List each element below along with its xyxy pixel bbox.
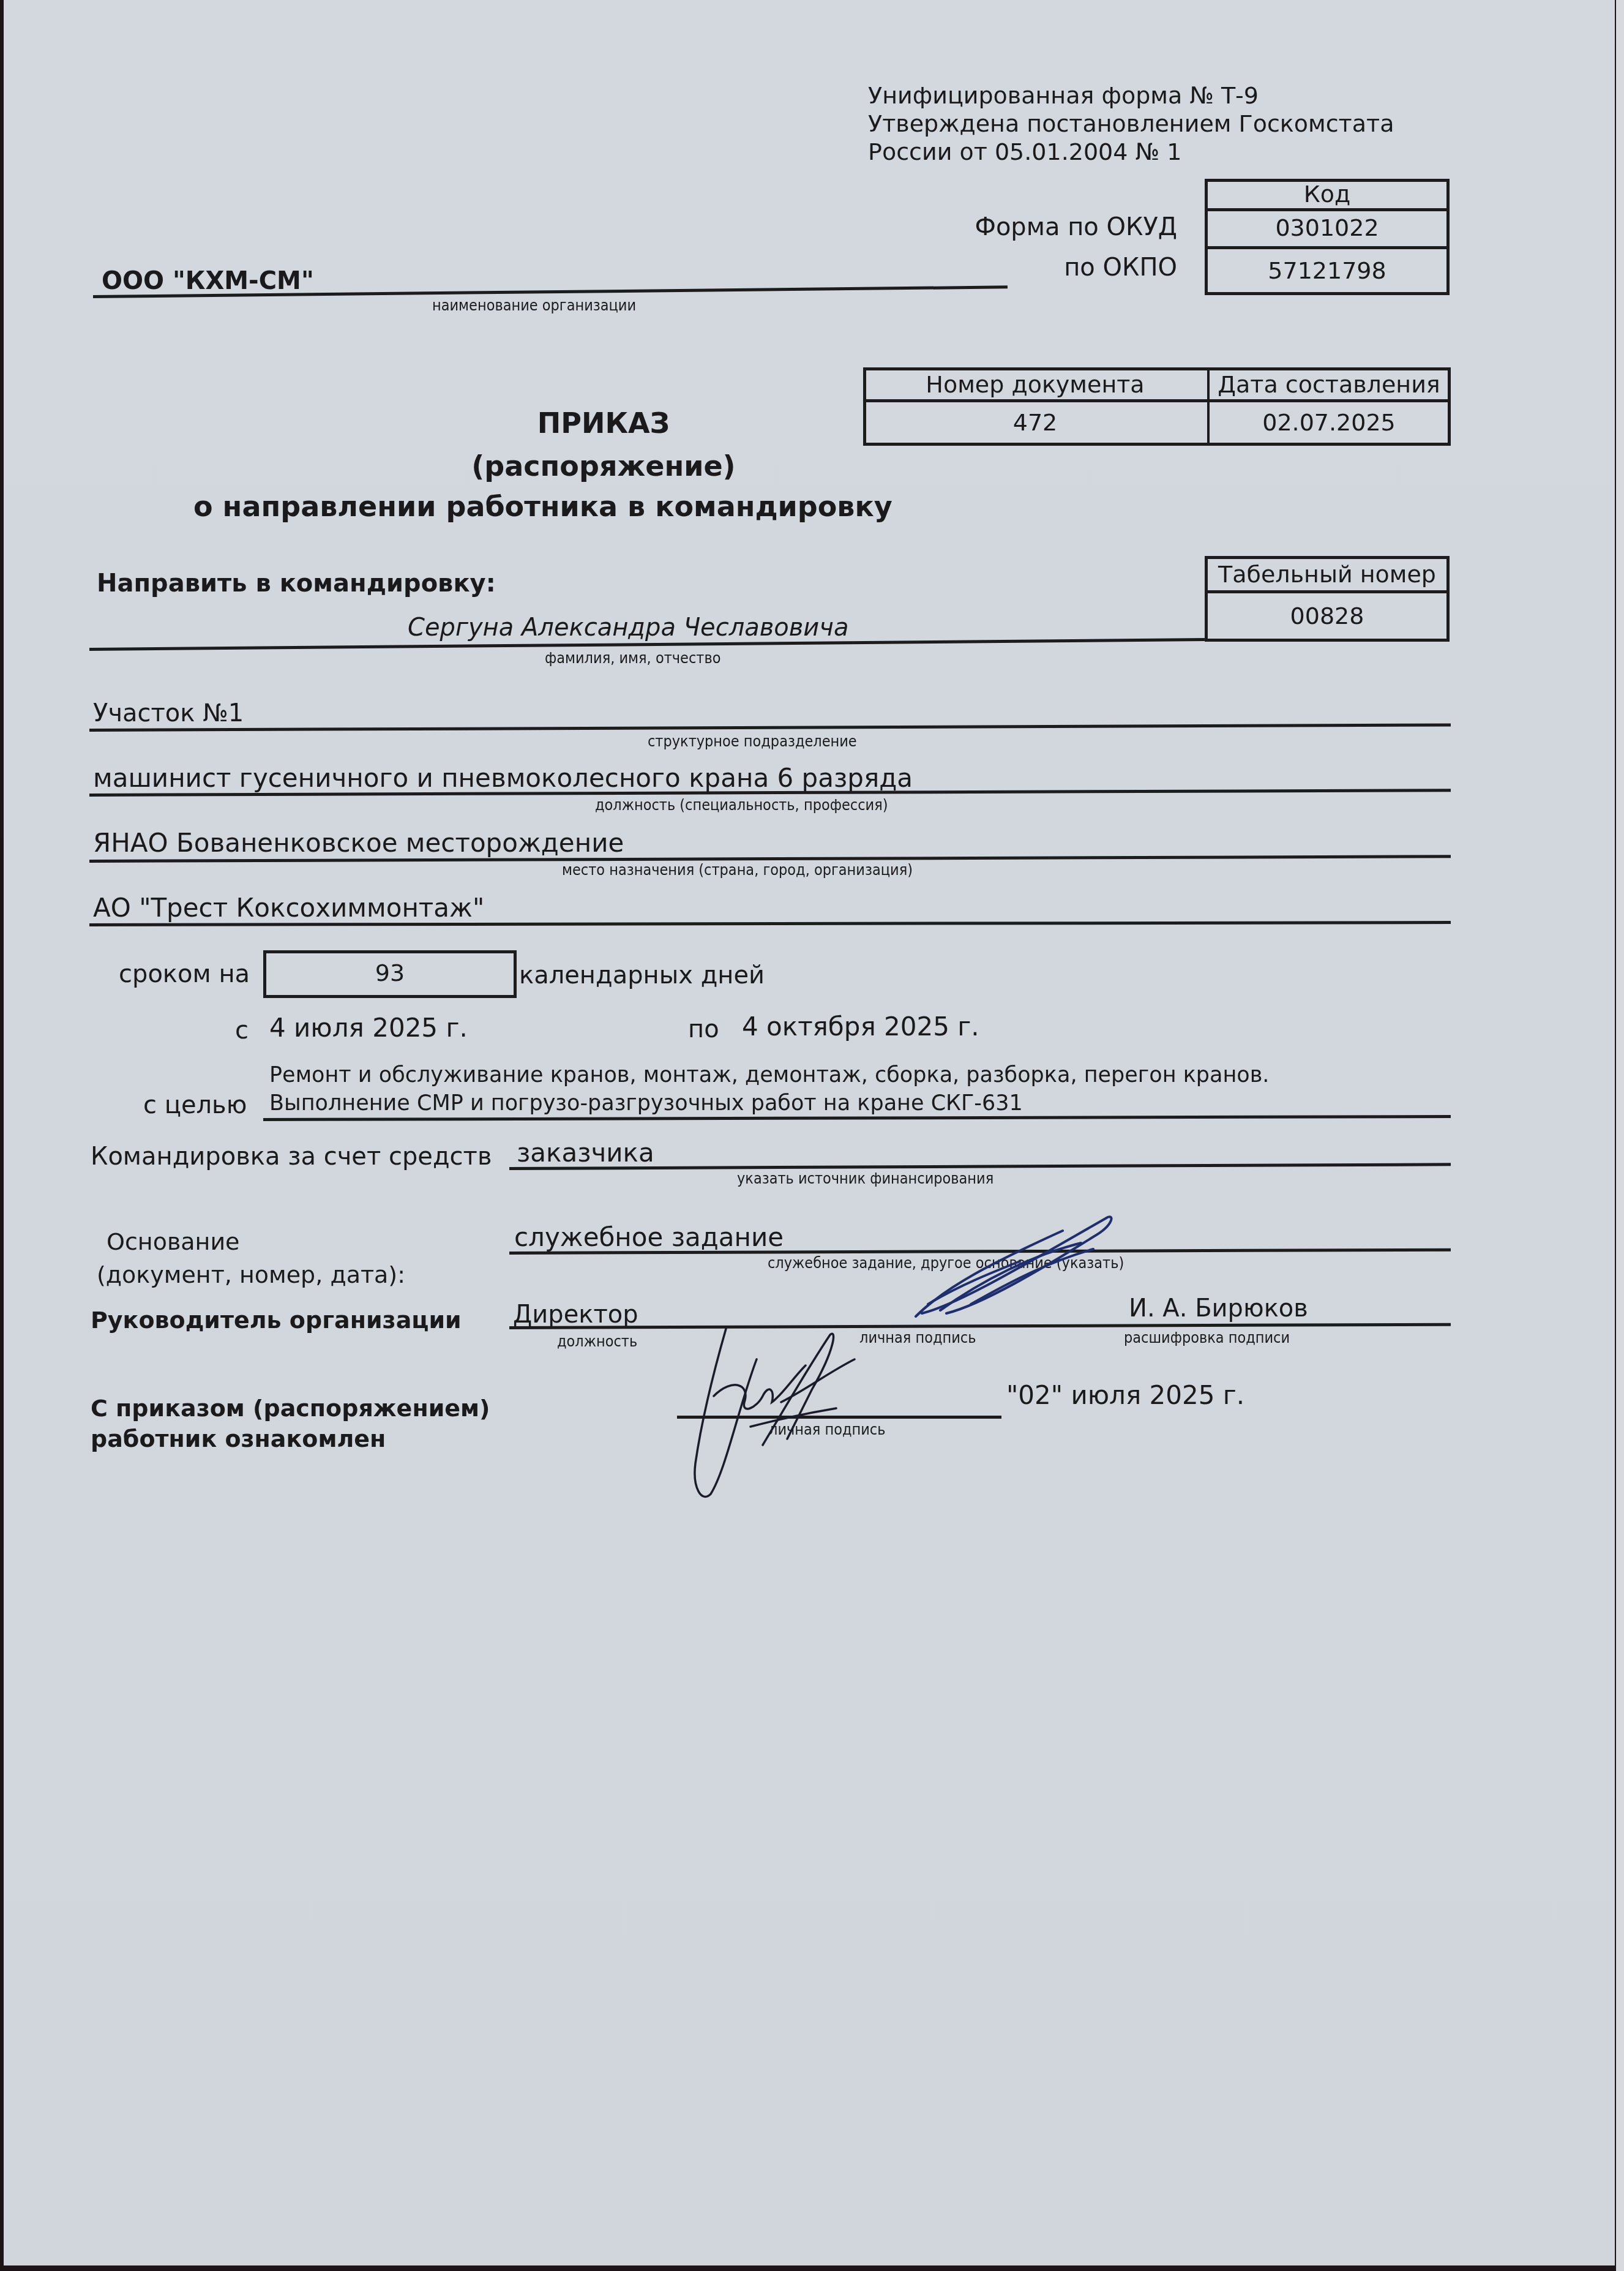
destination-value-line1: ЯНАО Бованенковское месторождение — [93, 828, 624, 858]
form-caption-line3: России от 05.01.2004 № 1 — [868, 138, 1181, 165]
okpo-label: по ОКПО — [1064, 253, 1177, 282]
form-caption-line1: Унифицированная форма № Т-9 — [868, 82, 1259, 109]
head-position: Директор — [513, 1301, 638, 1329]
destination-caption: место назначения (страна, город, организ… — [562, 861, 913, 879]
title-order: ПРИКАЗ — [420, 407, 787, 440]
term-days-suffix: календарных дней — [519, 961, 765, 989]
title-subject: о направлении работника в командировку — [193, 490, 892, 523]
purpose-underline — [263, 1115, 1451, 1121]
ack-label-line2: работник ознакомлен — [91, 1425, 386, 1452]
page-edge — [1616, 0, 1624, 2271]
organization-caption: наименование организации — [432, 296, 636, 314]
organization-name: ООО "КХМ-СМ" — [102, 267, 314, 295]
employee-signature-icon — [689, 1323, 873, 1506]
doc-date-value: 02.07.2025 — [1210, 402, 1448, 443]
position-caption: должность (специальность, профессия) — [595, 796, 888, 814]
basis-value: служебное задание — [514, 1222, 784, 1252]
doc-date-header: Дата составления — [1210, 370, 1448, 399]
head-signature-caption: личная подпись — [859, 1329, 976, 1346]
code-header: Код — [1205, 179, 1450, 209]
position-value: машинист гусеничного и пневмоколесного к… — [93, 763, 913, 793]
basis-label-line1: Основание — [107, 1228, 240, 1255]
head-label: Руководитель организации — [91, 1307, 462, 1334]
ack-date: "02" июля 2025 г. — [1006, 1380, 1244, 1410]
from-label: с — [235, 1016, 249, 1045]
destination-value-line2: АО "Трест Коксохиммонтаж" — [93, 893, 484, 923]
send-label: Направить в командировку: — [97, 569, 496, 598]
document-page: Унифицированная форма № Т-9 Утверждена п… — [4, 0, 1615, 2265]
basis-label-line2: (документ, номер, дата): — [97, 1261, 405, 1288]
head-name: И. А. Бирюков — [1129, 1294, 1308, 1323]
term-label: сроком на — [119, 960, 250, 988]
okud-value: 0301022 — [1205, 209, 1450, 246]
okpo-value: 57121798 — [1205, 249, 1450, 293]
department-underline — [89, 723, 1451, 732]
funding-label: Командировка за счет средств — [91, 1143, 492, 1171]
from-date: 4 июля 2025 г. — [269, 1013, 468, 1043]
okud-label: Форма по ОКУД — [975, 213, 1177, 241]
to-date: 4 октября 2025 г. — [742, 1012, 979, 1042]
purpose-label: с целью — [143, 1091, 247, 1119]
tab-number-value: 00828 — [1205, 593, 1450, 639]
to-label: по — [688, 1015, 719, 1043]
full-name-caption: фамилия, имя, отчество — [545, 649, 720, 667]
ack-label-line1: С приказом (распоряжением) — [91, 1395, 490, 1422]
funding-caption: указать источник финансирования — [737, 1169, 993, 1187]
employee-full-name: Сергуна Александра Чеславовича — [408, 614, 849, 642]
purpose-line2: Выполнение СМР и погрузо-разгрузочных ра… — [269, 1091, 1023, 1116]
tab-number-header: Табельный номер — [1205, 558, 1450, 590]
head-name-caption: расшифровка подписи — [1124, 1329, 1290, 1346]
title-subtitle: (распоряжение) — [420, 449, 787, 482]
director-signature-icon — [910, 1212, 1118, 1323]
department-caption: структурное подразделение — [648, 732, 857, 750]
funding-value: заказчика — [517, 1138, 654, 1168]
department-value: Участок №1 — [93, 699, 244, 727]
doc-number-value: 472 — [863, 402, 1207, 443]
term-days-value: 93 — [263, 950, 517, 996]
purpose-line1: Ремонт и обслуживание кранов, монтаж, де… — [269, 1063, 1270, 1087]
head-underline — [509, 1323, 1451, 1329]
form-caption-line2: Утверждена постановлением Госкомстата — [868, 110, 1394, 137]
doc-number-header: Номер документа — [863, 370, 1207, 399]
head-position-caption: должность — [557, 1332, 637, 1350]
